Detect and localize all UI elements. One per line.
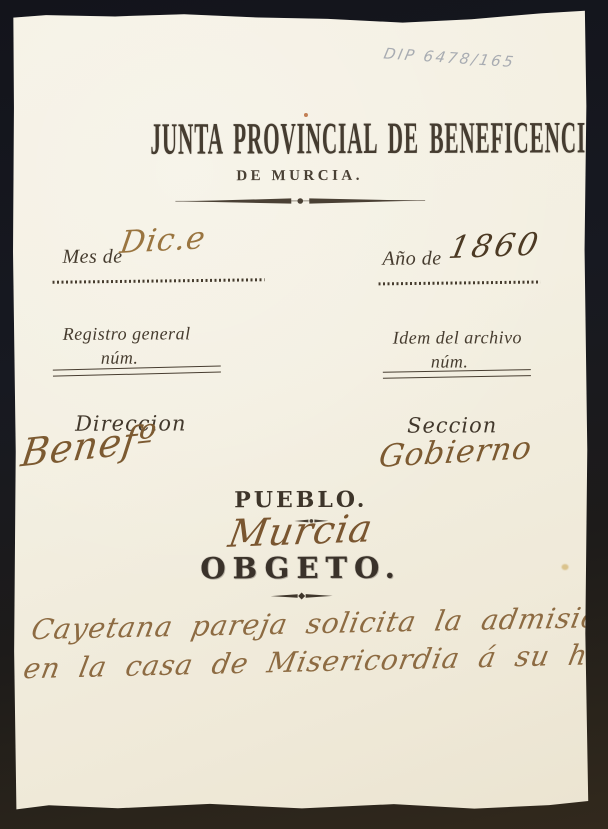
- year-label: Año de: [382, 248, 441, 271]
- archivo-rule: [383, 369, 531, 379]
- direccion-value-handwritten: Benefº: [18, 416, 159, 476]
- masthead: JUNTA PROVINCIAL DE BENEFICENCIA: [12, 114, 587, 154]
- document-paper: DIP 6478/165 JUNTA PROVINCIAL DE BENEFIC…: [12, 10, 590, 811]
- document-title: JUNTA PROVINCIAL DE BENEFICENCIA: [150, 114, 602, 166]
- obgeto-text-line2-handwritten: en la casa de Misericordia á su hija: [21, 637, 608, 685]
- obgeto-ornament-icon: [269, 591, 333, 601]
- obgeto-label: OBGETO.: [13, 550, 588, 586]
- ornamental-divider-icon: [175, 194, 425, 209]
- archive-reference-annotation: DIP 6478/165: [382, 45, 565, 75]
- year-value-handwritten: 1860: [446, 226, 544, 266]
- registro-general-label: Registro general: [63, 321, 191, 345]
- photo-background: DIP 6478/165 JUNTA PROVINCIAL DE BENEFIC…: [0, 0, 608, 829]
- registro-num-label: núm.: [101, 346, 139, 370]
- year-rule: [379, 280, 541, 285]
- month-rule: [53, 278, 265, 284]
- registro-rule: [53, 366, 221, 377]
- archivo-label: Idem del archivo: [393, 325, 522, 349]
- document-subtitle: DE MURCIA.: [12, 167, 587, 186]
- month-label: Mes de: [62, 246, 122, 269]
- month-value-handwritten: Dic.e: [118, 220, 209, 261]
- seccion-value-handwritten: Gobierno: [376, 430, 534, 475]
